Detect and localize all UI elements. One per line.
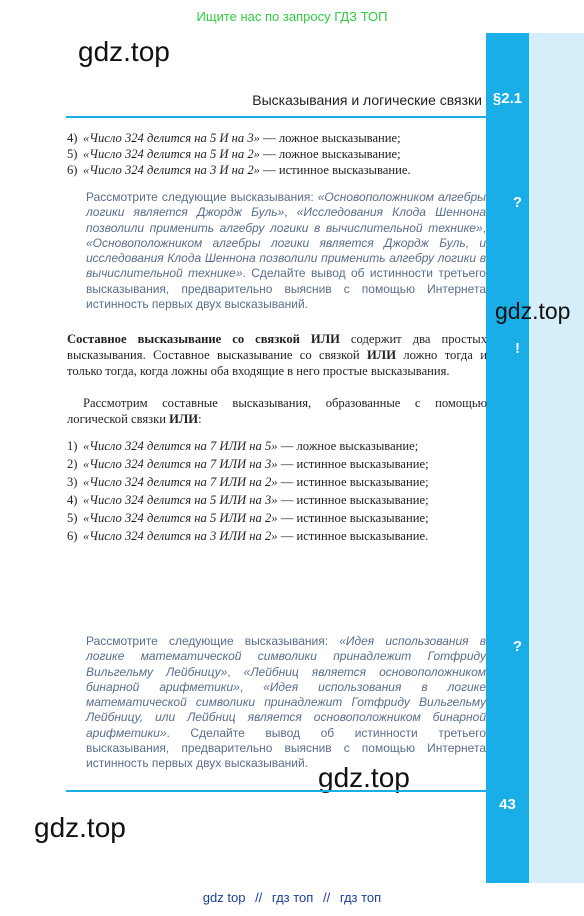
separator: // [323,890,330,905]
definition-or: Составное высказывание со связкой ИЛИ со… [67,331,487,379]
question-icon: ? [507,192,528,213]
link-gdz-top[interactable]: gdz top [203,890,246,905]
list-item: 2) «Число 324 делится на 7 ИЛИ на 3» — и… [67,456,487,472]
list-item: 5) «Число 324 делится на 5 И на 2» — лож… [67,146,487,162]
consider-paragraph: Рассмотрим составные высказывания, образ… [67,395,487,427]
and-examples-list: 4) «Число 324 делится на 5 И на 3» — лож… [67,130,487,178]
section-badge: §2.1 [486,90,529,107]
bottom-links: gdz top // гдз топ // гдз топ [0,886,584,916]
question-icon: ? [507,636,528,657]
side-strip [486,33,529,883]
watermark: gdz.top [78,36,170,68]
chapter-title: Высказывания и логические связки [200,92,482,108]
link-gdz-top-ru[interactable]: гдз топ [272,890,313,905]
side-strip-light [529,33,584,883]
link-gdz-top-ru-2[interactable]: гдз топ [340,890,381,905]
question-block-2: Рассмотрите следующие высказывания: «Иде… [86,634,486,772]
list-item: 6) «Число 324 делится на 3 И на 2» — ист… [67,162,487,178]
list-item: 3) «Число 324 делится на 7 ИЛИ на 2» — и… [67,474,487,490]
or-examples-list: 1) «Число 324 делится на 7 ИЛИ на 5» — л… [67,438,487,545]
list-item: 1) «Число 324 делится на 7 ИЛИ на 5» — л… [67,438,487,454]
watermark: gdz.top [495,298,570,325]
list-item: 4) «Число 324 делится на 5 И на 3» — лож… [67,130,487,146]
separator: // [255,890,262,905]
footer-divider [66,790,486,792]
list-item: 6) «Число 324 делится на 3 ИЛИ на 2» — и… [67,528,487,544]
question-block-1: Рассмотрите следующие высказывания: «Осн… [86,190,486,312]
important-icon: ! [507,338,528,359]
watermark: gdz.top [34,812,126,844]
list-item: 4) «Число 324 делится на 5 ИЛИ на 3» — и… [67,492,487,508]
search-banner: Ищите нас по запросу ГДЗ ТОП [0,0,584,30]
page-number: 43 [486,796,529,813]
header-divider [66,116,486,118]
list-item: 5) «Число 324 делится на 5 ИЛИ на 2» — и… [67,510,487,526]
